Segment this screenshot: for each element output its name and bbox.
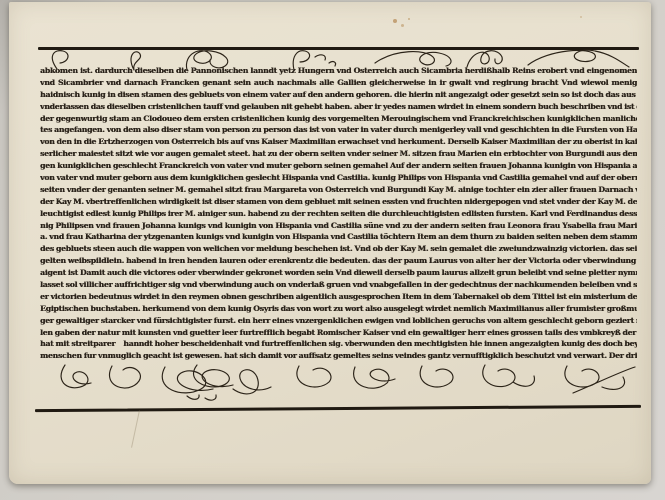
text-line: vnderlassen das dieselben cristenlichen …	[40, 101, 637, 113]
text-line: nig Philipsen vnd frauen Johanna kunigs …	[40, 220, 637, 232]
text-line: vnd Sicambrier vnd darnach Francken gena…	[40, 77, 637, 89]
paper-sheet: abkomen ist. dardurch dieselben die Pann…	[9, 2, 651, 484]
text-line: des gebluets steen auch die wappen von w…	[40, 243, 637, 255]
text-line: von vater vnd muter geborn aus dem kunig…	[40, 172, 637, 184]
text-line: gen kunigklichen geschlecht Franckreich …	[40, 160, 637, 172]
top-rule	[38, 47, 639, 50]
text-line: aigent ist Damit auch die victores oder …	[40, 267, 637, 279]
text-line: ger gewaltiger starcker vnd fürsichtigis…	[40, 315, 637, 327]
text-line: tes angefangen. von dem also diser stam …	[40, 124, 637, 136]
text-line: gelten weibspildlein. habend in iren hen…	[40, 255, 637, 267]
text-line: der gegenwurtig stam an Clodoueo dem ers…	[40, 113, 637, 125]
text-line: haidnisch kunig in disen stamen des gebl…	[40, 89, 637, 101]
text-line: a. vnd frau Katharina der ytzgenanten ku…	[40, 231, 637, 243]
text-line: der Kay M. vbertreffenlichen wirdigkeit …	[40, 196, 637, 208]
text-line: lasset sol villicher auffrichtiger sig v…	[40, 279, 637, 291]
foxing-stain	[401, 24, 404, 27]
bottom-rule	[35, 405, 641, 412]
text-line: hat mit streitparer hanndt hoher beschei…	[40, 338, 637, 350]
text-line: von den in die Ertzherzogen von Osterrei…	[40, 136, 637, 148]
text-line: er victorien bedeutnus wirdet in den rey…	[40, 291, 637, 303]
scan-background: abkomen ist. dardurch dieselben die Pann…	[0, 0, 665, 500]
foxing-stain	[408, 18, 410, 20]
text-line: leuchtigist edlest kunig Philips irer M.…	[40, 208, 637, 220]
text-line: abkomen ist. dardurch dieselben die Pann…	[40, 65, 637, 77]
scratch-mark	[131, 410, 140, 447]
text-line: serlicher maiestet sitzt wie vor augen g…	[40, 148, 637, 160]
text-line: Egiptischen buchstaben. herkumend von de…	[40, 303, 637, 315]
text-line: len gaben der natur mit kunsten vnd guet…	[40, 327, 637, 339]
text-line: seiten vnder der genanten seiner M. gema…	[40, 184, 637, 196]
foxing-stain	[580, 16, 582, 18]
text-line: menschen fur vnmuglich geacht ist gewese…	[40, 350, 637, 362]
bottom-calligraphic-flourish-icon	[37, 363, 637, 407]
body-text: abkomen ist. dardurch dieselben die Pann…	[40, 65, 637, 364]
foxing-stain	[393, 19, 397, 23]
